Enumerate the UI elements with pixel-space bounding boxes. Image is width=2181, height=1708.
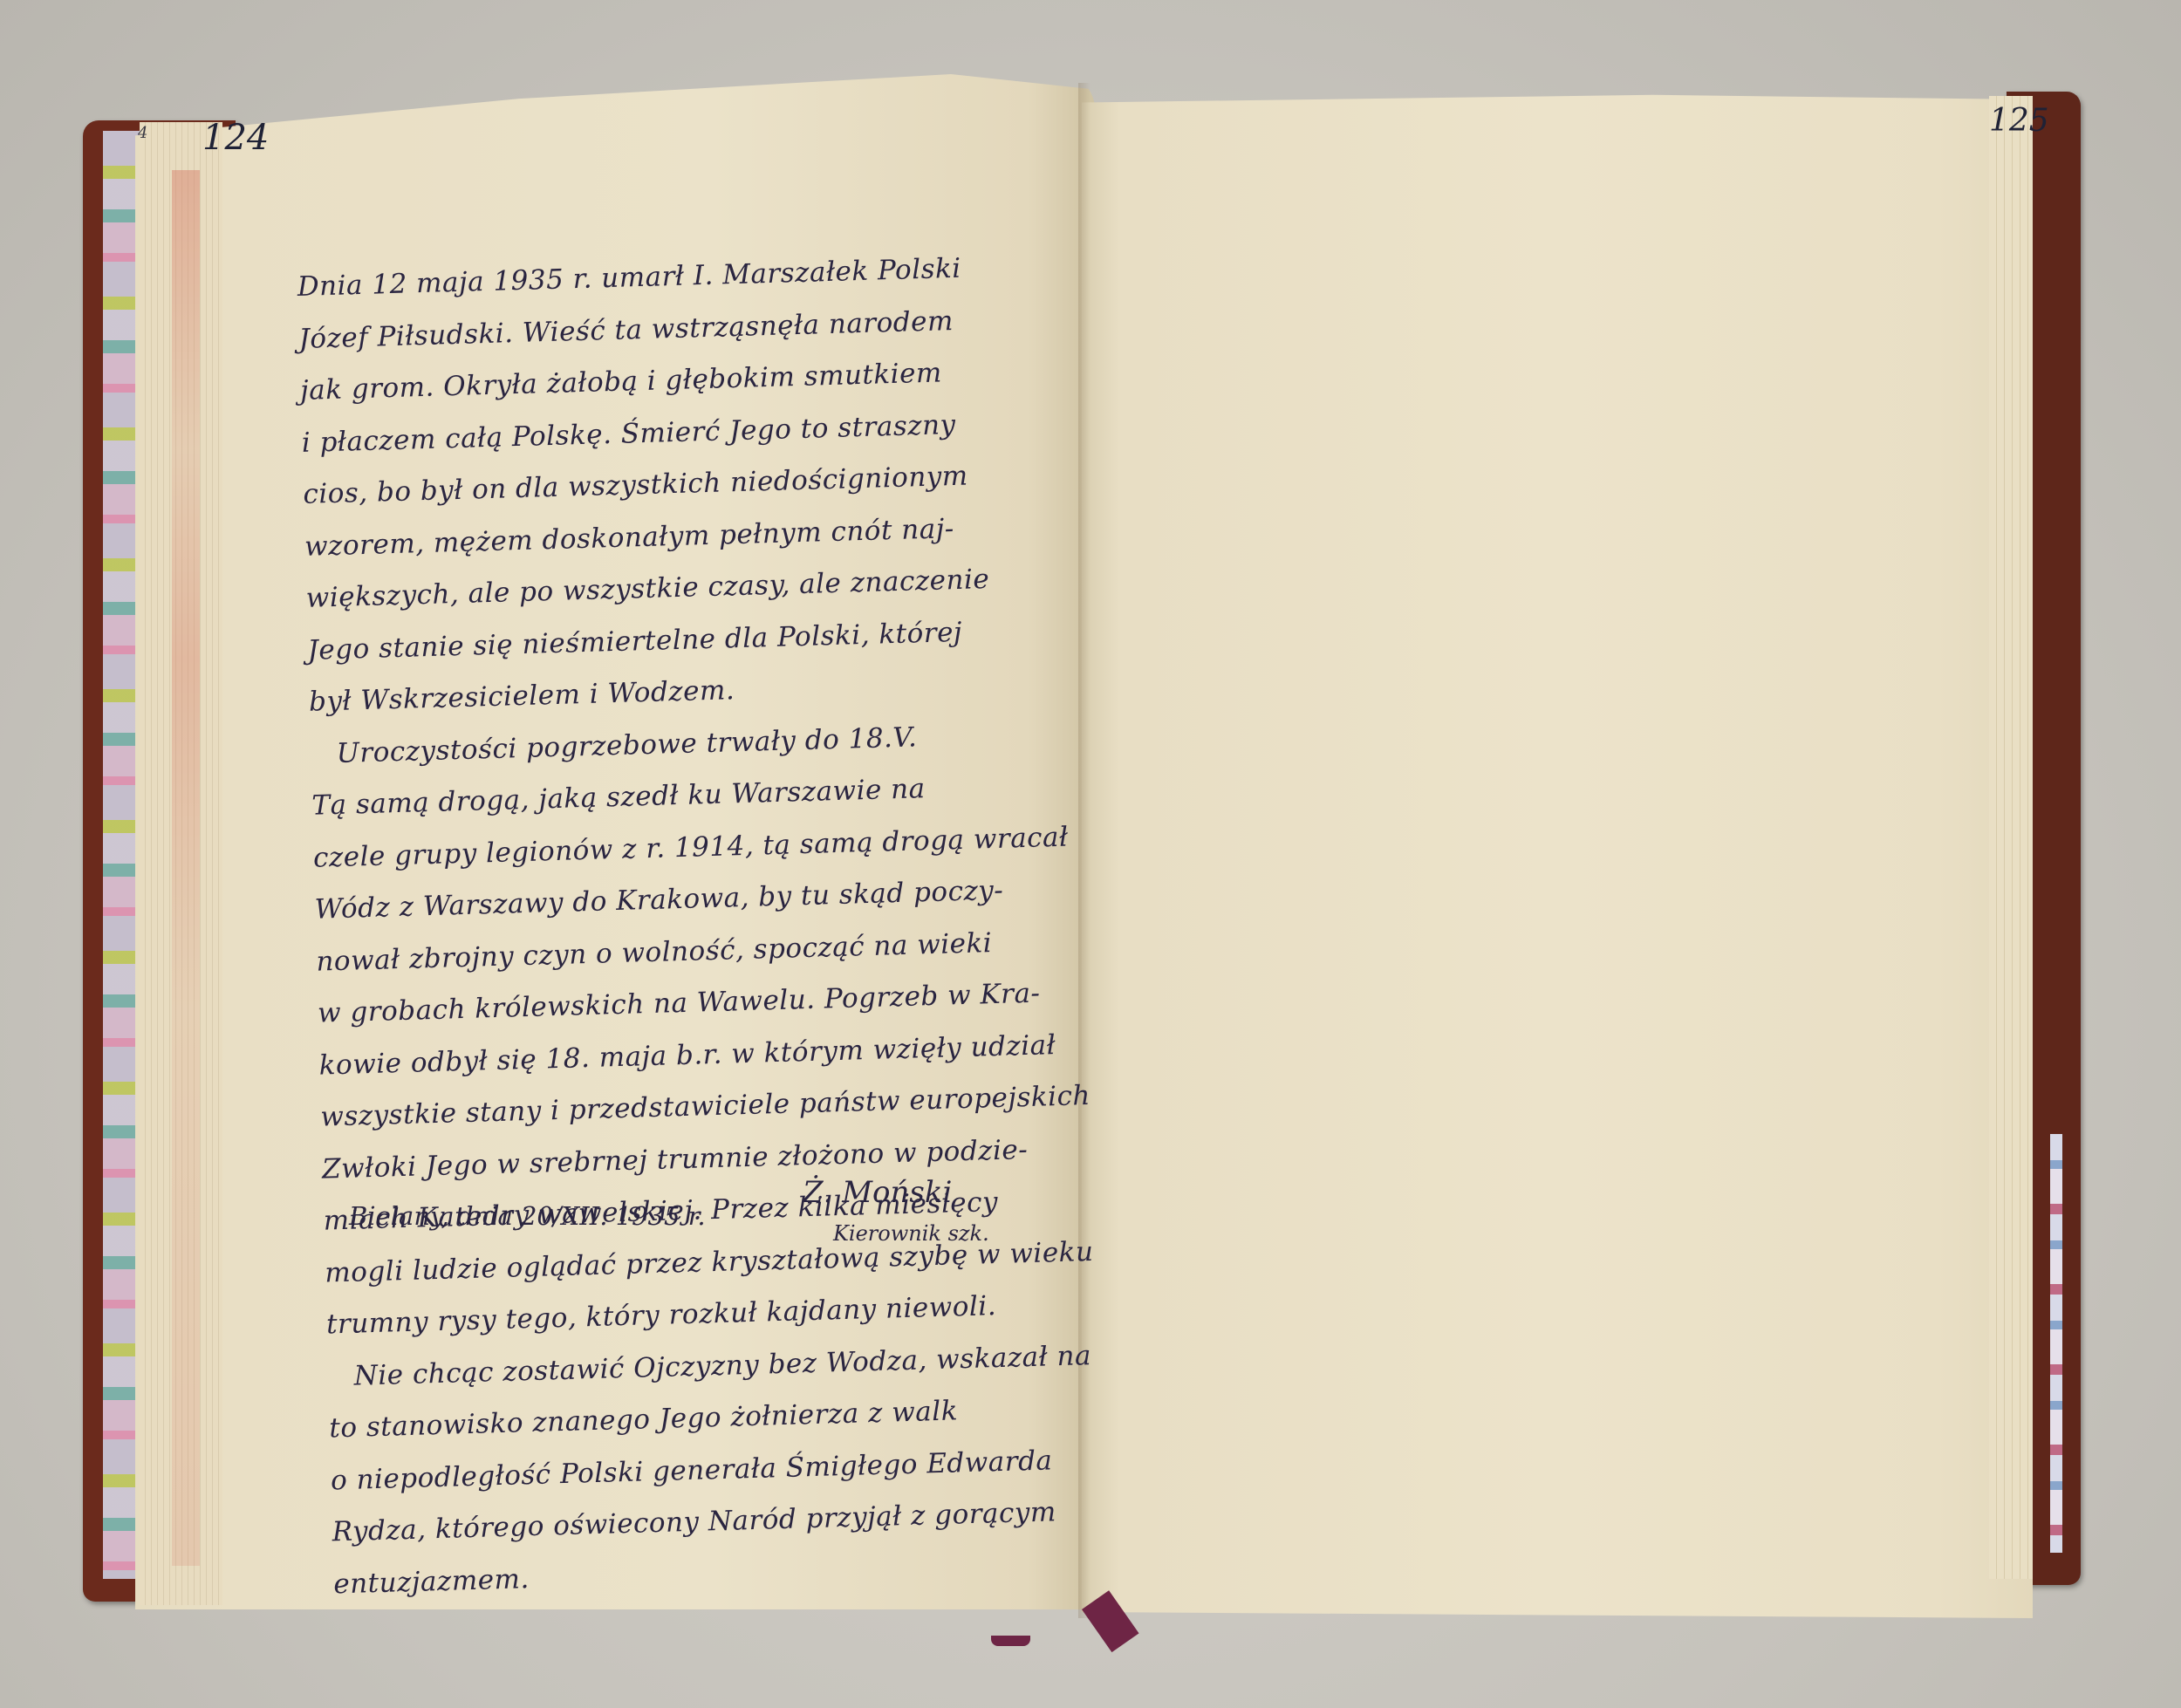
place-date: Bielany, dnia 20/XII. 1935 r. [349,1201,706,1231]
bookmark-ribbon-end [991,1636,1030,1646]
signature: Ż. Moński [803,1175,952,1210]
right-page-stack-edges [1989,96,2033,1579]
corner-mark: 4 [138,124,147,142]
endpaper-left [103,131,140,1579]
red-edge-stain [172,170,200,1566]
page-number-right: 125 [1989,103,2049,139]
endpaper-right [2050,1134,2062,1553]
handwritten-text-block: Dnia 12 maja 1935 r. umarł I. Marszałek … [297,240,1102,1610]
page-number-left: 124 [202,118,269,158]
right-page [1082,87,2033,1618]
signature-title: Kierownik szk. [833,1221,989,1246]
